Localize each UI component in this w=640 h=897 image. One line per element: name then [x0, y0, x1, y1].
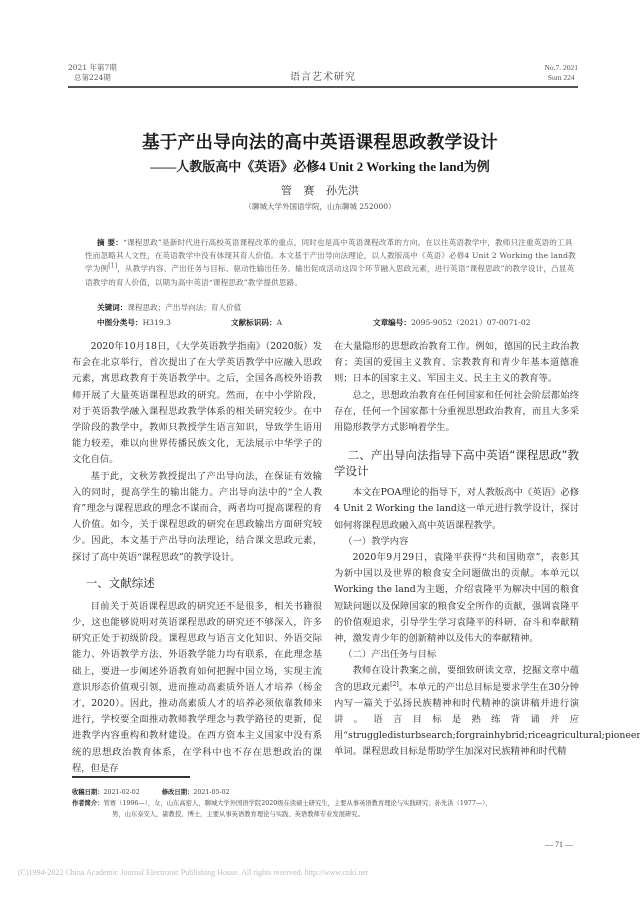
article-number: 文章编号：2095-9052（2021）07-0071-02: [373, 317, 530, 328]
clc-label: 中图分类号：: [97, 318, 143, 327]
subsection-heading-2: （二）产出任务与目标: [334, 647, 579, 663]
abstract-label: 摘 要：: [97, 238, 123, 247]
section-heading-2: 二、产出导向法指导下高中英语“课程思政”教学设计: [334, 447, 579, 479]
paragraph: 目前关于英语课程思政的研究还不是很多，相关书籍很少，这也能够说明对英语课程思政的…: [72, 599, 322, 777]
journal-name: 语言艺术研究: [68, 68, 578, 83]
received-date: 2021-02-02: [103, 789, 139, 796]
article-title: 基于产出导向法的高中英语课程思政教学设计: [0, 129, 640, 154]
author-bio-cont: 男，山东泰安人，副教授，博士，主要从事英语教育理论与实践、英语教师专业发展研究。: [72, 809, 582, 820]
issue-total-en: Sum 224: [544, 73, 578, 83]
article-subtitle: ——人教版高中《英语》必修4 Unit 2 Working the land为例: [0, 156, 640, 175]
bio-text: 管赛（1996—），女，山东高密人，聊城大学外国语学院2020级在读硕士研究生，…: [103, 800, 491, 807]
subsection-heading-1: （一）教学内容: [334, 534, 579, 550]
keywords: 关键词：课程思政；产出导向法；育人价值: [97, 302, 241, 313]
author-bio: 作者简介：管赛（1996—），女，山东高密人，聊城大学外国语学院2020级在读硕…: [72, 798, 582, 809]
paragraph: 在大量隐形的思想政治教育工作。例如，德国的民主政治教育；美国的爱国主义教育、宗教…: [334, 339, 579, 388]
copyright-notice: (C)1994-2022 China Academic Journal Elec…: [18, 868, 368, 877]
revised-date: 2021-05-02: [193, 789, 229, 796]
paragraph: 2020年9月29日，袁隆平获得“共和国勋章”，表彰其为新中国以及世界的粮食安全…: [334, 550, 579, 647]
received-label: 收稿日期：: [72, 789, 103, 796]
abstract-text-cont: ，从教学内容、产出任务与目标、驱动性输出任务、输出促成活动这四个环节融入思政元素…: [85, 264, 574, 286]
clc-number: 中图分类号：H319.3: [97, 317, 171, 328]
issue-number-en: No.7. 2021: [544, 63, 578, 73]
footnote: 收稿日期：2021-02-02 修改日期：2021-05-02 作者简介：管赛（…: [72, 787, 582, 820]
body-column-right: 在大量隐形的思想政治教育工作。例如，德国的民主政治教育；美国的爱国主义教育、宗教…: [334, 339, 579, 761]
citation-ref[interactable]: [2]: [390, 681, 399, 688]
document-code: 文献标识码：A: [231, 317, 282, 328]
article-no-value: 2095-9052（2021）07-0071-02: [411, 318, 531, 327]
keywords-value: 课程思政；产出导向法；育人价值: [127, 303, 241, 312]
paragraph: 总之，思想政治教育在任何国家和任何社会阶层都始终存在，任何一个国家都十分重视思想…: [334, 388, 579, 437]
body-column-left: 2020年10月18日，《大学英语教学指南》（2020版）发布会在北京举行，首次…: [72, 339, 322, 777]
paragraph-text-cont: 。本单元的产出总目标是要求学生在30分钟内写一篇关于弘扬民族精神和时代精神的演讲…: [334, 682, 640, 758]
section-heading-1: 一、文献综述: [72, 575, 322, 591]
article-no-label: 文章编号：: [373, 318, 411, 327]
bio-label: 作者简介：: [72, 800, 103, 807]
abstract: 摘 要：“课程思政”是新时代进行高校英语课程改革的重点，同时也是高中英语课程改革…: [85, 236, 580, 289]
doc-code-label: 文献标识码：: [231, 318, 277, 327]
running-header: 2021 年第7期 总第224期 语言艺术研究 No.7. 2021 Sum 2…: [68, 63, 578, 85]
dates-row: 收稿日期：2021-02-02 修改日期：2021-05-02: [72, 787, 582, 798]
paragraph: 2020年10月18日，《大学英语教学指南》（2020版）发布会在北京举行，首次…: [72, 339, 322, 469]
paragraph: 本文在POA理论的指导下，对人教版高中《英语》必修4 Unit 2 Workin…: [334, 485, 579, 534]
citation-ref[interactable]: [1]: [108, 263, 117, 270]
header-divider: [68, 86, 578, 88]
paragraph: 教师在设计教案之前，要细致研读文章，挖掘文章中蕴含的思政元素[2]。本单元的产出…: [334, 663, 579, 760]
issue-info-en: No.7. 2021 Sum 224: [544, 63, 578, 83]
doc-code-value: A: [277, 318, 282, 327]
footnote-divider: [72, 776, 190, 778]
article-authors: 管 赛 孙先洪: [0, 182, 640, 198]
revised-label: 修改日期：: [162, 789, 193, 796]
clc-value: H319.3: [143, 318, 171, 327]
author-affiliation: （聊城大学外国语学院，山东聊城 252000）: [0, 201, 640, 212]
keywords-label: 关键词：: [97, 303, 127, 312]
paragraph: 基于此，文秋芳教授提出了产出导向法，在保证有效输入的同时，提高学生的输出能力。产…: [72, 469, 322, 566]
page-number: — 71 —: [545, 840, 573, 849]
